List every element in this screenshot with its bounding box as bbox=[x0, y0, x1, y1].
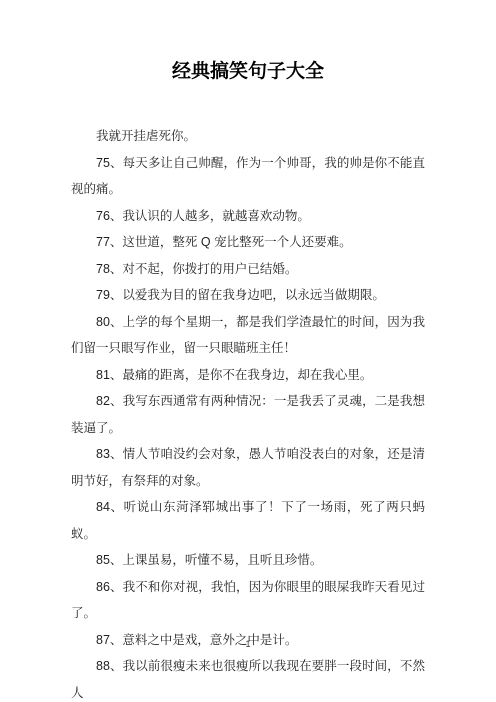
paragraph: 85、上课虽易，听懂不易，且听且珍惜。 bbox=[71, 547, 425, 574]
paragraph: 82、我写东西通常有两种情况：一是我丢了灵魂，二是我想装逼了。 bbox=[71, 388, 425, 441]
paragraph: 75、每天多让自己帅醒，作为一个帅哥，我的帅是你不能直视的痛。 bbox=[71, 150, 425, 203]
paragraph: 88、我以前很瘦未来也很瘦所以我现在要胖一段时间，不然人 bbox=[71, 653, 425, 702]
paragraph: 84、听说山东菏泽郓城出事了！下了一场雨，死了两只蚂蚁。 bbox=[71, 494, 425, 547]
paragraph: 81、最痛的距离，是你不在我身边，却在我心里。 bbox=[71, 362, 425, 389]
paragraph: 83、情人节咱没约会对象，愚人节咱没表白的对象，还是清明节好，有祭拜的对象。 bbox=[71, 441, 425, 494]
paragraph: 79、以爱我为目的留在我身边吧，以永远当做期限。 bbox=[71, 282, 425, 309]
paragraph: 80、上学的每个星期一，都是我们学渣最忙的时间，因为我们留一只眼写作业，留一只眼… bbox=[71, 309, 425, 362]
paragraph: 76、我认识的人越多，就越喜欢动物。 bbox=[71, 203, 425, 230]
document-page: 经典搞笑句子大全 我就开挂虐死你。75、每天多让自己帅醒，作为一个帅哥，我的帅是… bbox=[0, 0, 496, 702]
paragraph: 86、我不和你对视，我怕，因为你眼里的眼屎我昨天看见过了。 bbox=[71, 574, 425, 627]
paragraph: 77、这世道，整死 Q 宠比整死一个人还要难。 bbox=[71, 229, 425, 256]
paragraph: 我就开挂虐死你。 bbox=[71, 123, 425, 150]
page-number: 1 bbox=[0, 638, 496, 650]
paragraph: 78、对不起，你拨打的用户已结婚。 bbox=[71, 256, 425, 283]
document-body: 我就开挂虐死你。75、每天多让自己帅醒，作为一个帅哥，我的帅是你不能直视的痛。7… bbox=[0, 123, 496, 702]
document-title: 经典搞笑句子大全 bbox=[0, 0, 496, 86]
